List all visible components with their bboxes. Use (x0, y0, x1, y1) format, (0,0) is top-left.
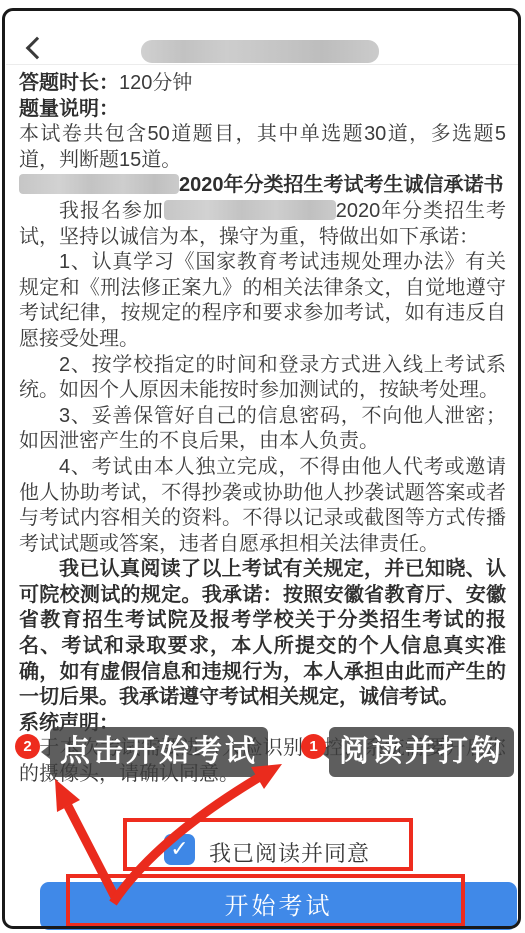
step-2-tooltip-text: 点击开始考试 (60, 735, 258, 768)
commitment-item-1: 1、认真学习《国家教育考试违规处理办法》有关规定和《刑法修正案九》的相关法律条文… (19, 250, 506, 352)
back-button[interactable] (21, 33, 51, 63)
start-exam-button[interactable]: 开始考试 (40, 882, 517, 930)
commitment-title: 2020年分类招生考试考生诚信承诺书 (19, 173, 506, 199)
school-name-redacted (164, 200, 336, 220)
step-2-badge: 2 (15, 734, 40, 759)
duration-value: 120分钟 (119, 72, 192, 94)
commitment-item-4: 4、考试由本人独立完成，不得由他人代考或邀请他人协助考试，不得抄袭或协助他人抄袭… (19, 455, 506, 557)
header-bar (5, 11, 520, 65)
duration-label: 答题时长： (19, 72, 119, 94)
duration-line: 答题时长：120分钟 (19, 71, 506, 97)
step-1-tooltip-text: 阅读并打钩 (339, 735, 504, 768)
commitment-intro: 我报名参加2020年分类招生考试，坚持以诚信为本，操守为重，特做出如下承诺： (19, 199, 506, 250)
intro-prefix: 我报名参加 (59, 200, 164, 222)
header-divider (6, 64, 518, 65)
school-name-redacted (19, 174, 179, 194)
quantity-text: 本试卷共包含50道题目，其中单选题30道，多选题5道，判断题15道。 (19, 122, 506, 173)
commitment-closing: 我已认真阅读了以上考试有关规定，并已知晓、认可院校测试的规定。我承诺：按照安徽省… (19, 557, 506, 711)
agree-label[interactable]: 我已阅读并同意 (209, 837, 370, 868)
quantity-label: 题量说明： (19, 97, 506, 123)
step-1-badge: 1 (301, 734, 326, 759)
tooltip-notch (41, 745, 50, 759)
commitment-item-2: 2、按学校指定的时间和登录方式进入线上考试系统。如因个人原因未能按时参加测试的，… (19, 353, 506, 404)
chevron-left-icon (26, 37, 49, 60)
page-title-redacted (141, 40, 379, 63)
step-1-tooltip: 阅读并打钩 (329, 727, 514, 777)
commitment-title-text: 2020年分类招生考试考生诚信承诺书 (179, 174, 504, 196)
exam-notice-text: 答题时长：120分钟 题量说明： 本试卷共包含50道题目，其中单选题30道，多选… (19, 71, 506, 788)
step-2-tooltip: 点击开始考试 (50, 727, 268, 777)
commitment-item-3: 3、妥善保管好自己的信息密码，不向他人泄密；如因泄密产生的不良后果，由本人负责。 (19, 404, 506, 455)
agree-checkbox[interactable]: ✓ (164, 834, 195, 865)
